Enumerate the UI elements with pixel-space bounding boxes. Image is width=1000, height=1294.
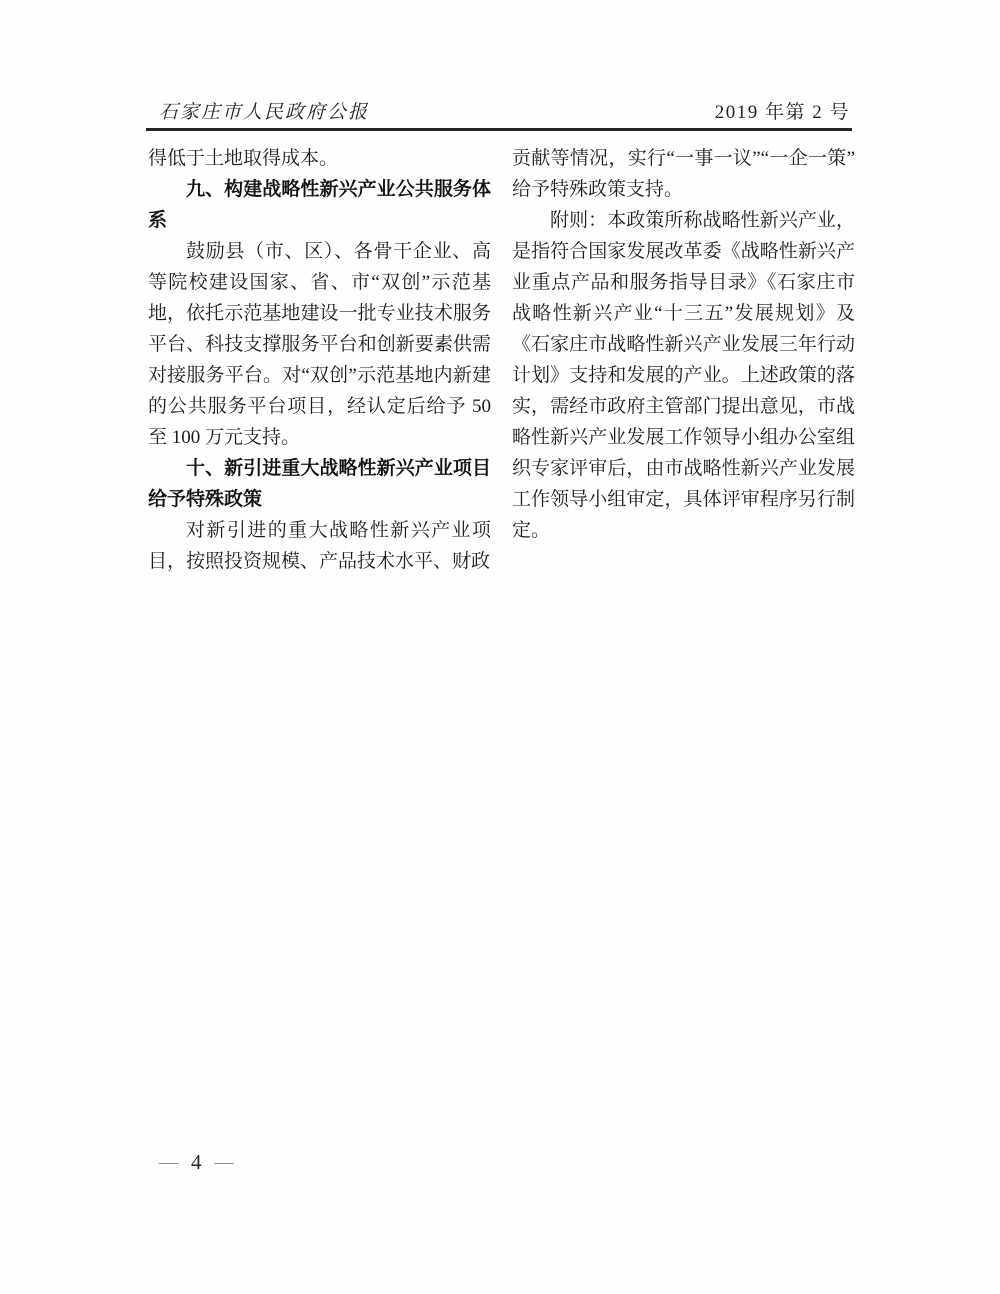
issue-number: 2019 年第 2 号 <box>715 97 850 124</box>
header-divider-rule <box>146 128 852 131</box>
paragraph: 鼓励县（市、区）、各骨干企业、高等院校建设国家、省、市“双创”示范基地，依托示范… <box>148 236 491 453</box>
footer-dash-right: — <box>215 1152 234 1174</box>
paragraph-continued: 得低于土地取得成本。 <box>148 143 491 174</box>
publication-title: 石家庄市人民政府公报 <box>159 97 369 124</box>
paragraph-continued: 贡献等情况，实行“一事一议”“一企一策”给予特殊政策支持。 <box>512 143 855 205</box>
paragraph-appendix: 附则：本政策所称战略性新兴产业，是指符合国家发展改革委《战略性新兴产业重点产品和… <box>512 205 855 546</box>
paragraph: 对新引进的重大战略性新兴产业项目，按照投资规模、产品技术水平、财政 <box>148 515 491 577</box>
page-footer: — 4 — <box>159 1150 234 1175</box>
page-header: 石家庄市人民政府公报 2019 年第 2 号 <box>159 97 850 124</box>
page-number: 4 <box>191 1150 202 1175</box>
section-heading-ten: 十、新引进重大战略性新兴产业项目给予特殊政策 <box>148 453 491 515</box>
gazette-page: 石家庄市人民政府公报 2019 年第 2 号 得低于土地取得成本。 九、构建战略… <box>0 0 1000 1294</box>
footer-dash-left: — <box>159 1152 178 1174</box>
right-column: 贡献等情况，实行“一事一议”“一企一策”给予特殊政策支持。 附则：本政策所称战略… <box>512 143 855 546</box>
left-column: 得低于土地取得成本。 九、构建战略性新兴产业公共服务体系 鼓励县（市、区）、各骨… <box>148 143 491 577</box>
section-heading-nine: 九、构建战略性新兴产业公共服务体系 <box>148 174 491 236</box>
